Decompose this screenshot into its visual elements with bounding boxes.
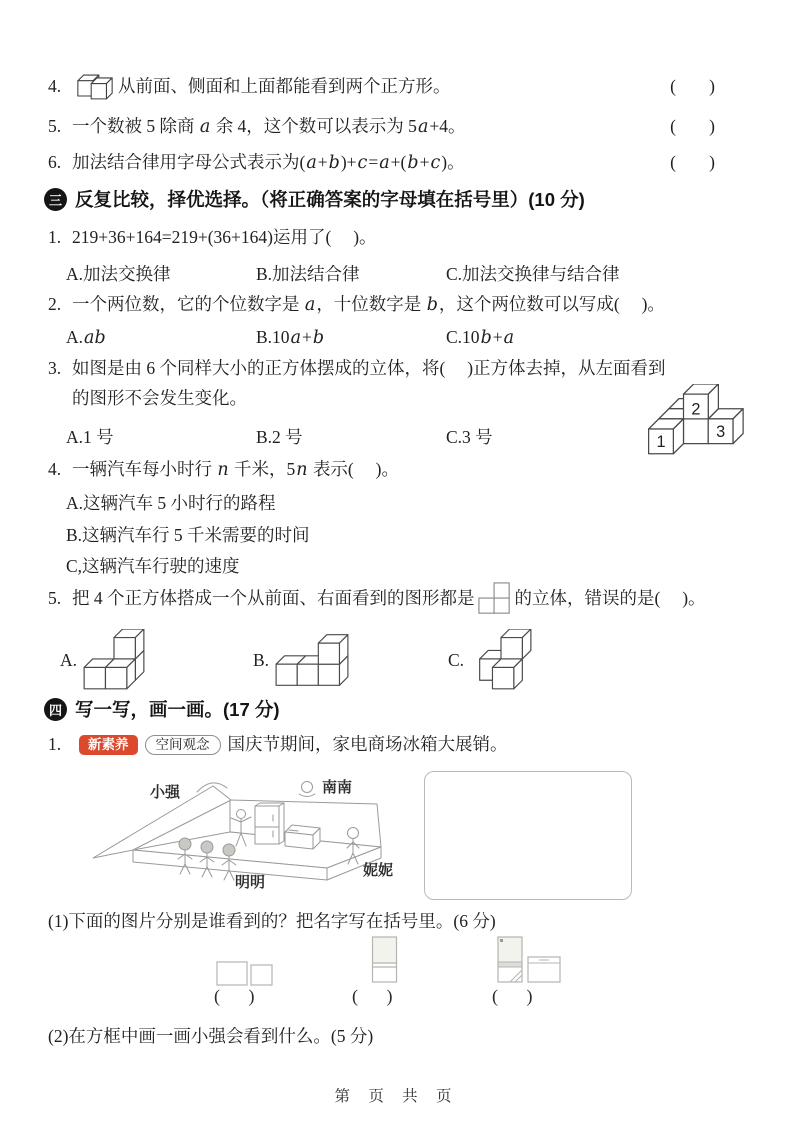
option-c: C,这辆汽车行驶的速度 [66,551,310,583]
question-text: (1)下面的图片分别是谁看到的？把名字写在括号里。(6 分) [48,911,496,933]
option-a: A.加法交换律 [66,261,256,286]
option-c: C.3 号 [446,424,626,449]
judge-item-6: 6. 加法结合律用字母公式表示为(a+b)+c=a+(b+c)。 ( ) [48,152,716,175]
answer-bracket: ( ) [670,152,716,174]
question-number: 5. [48,588,72,610]
page-footer: 第 页 共 页 [0,1084,793,1106]
section-three-header: 三 反复比较，择优选择。（将正确答案的字母填在括号里）(10 分) [44,186,585,212]
label-nannan: 南南 [322,778,352,796]
question-5: 5. 把 4 个正方体搭成一个从前面、右面看到的图形都是 的立体，错误的是( )… [48,582,716,616]
question-text: 一个两位数，它的个位数字是 a，十位数字是 b，这个两位数可以写成( )。 [72,294,665,317]
two-cubes-icon [75,72,115,101]
option-c: C. [448,629,720,691]
section-four-marker-icon: 四 [44,698,67,721]
section-three-marker-icon: 三 [44,188,67,211]
question-number: 2. [48,294,72,316]
draw-question-1: 1. 新素养 空间观念 国庆节期间，家电商场冰箱大展销。 [48,734,716,756]
answer-bracket: ( ) [352,986,394,1007]
cube-label-2: 2 [691,400,700,418]
answer-bracket: ( ) [670,76,716,98]
question-text: 219+36+164=219+(36+164)运用了( )。 [72,227,377,249]
option-a-cubes-figure [82,629,146,691]
sub-question-2: (2)在方框中画一画小强会看到什么。(5 分) [48,1026,716,1048]
option-a: A.1 号 [66,424,256,449]
option-a: A.ab [66,327,256,348]
question-text: 一辆汽车每小时行 n 千米，5n 表示( )。 [72,459,399,482]
option-b: B.加法结合律 [256,261,446,286]
item-number: 4. [48,76,72,98]
answer-bracket: ( ) [492,986,534,1007]
judge-item-5: 5. 一个数被 5 除商 a 余 4，这个数可以表示为 5a+4。 ( ) [48,116,716,139]
cube-label-3: 3 [716,423,725,441]
l-shape-figure [478,582,512,616]
cube-label-1: 1 [656,433,665,451]
question-number: 1. [48,227,72,249]
question-text-post: 的立体，错误的是( )。 [515,588,706,610]
question-3-options: A.1 号 B.2 号 C.3 号 [66,424,626,449]
option-b: B. [253,632,448,688]
question-text: (2)在方框中画一画小强会看到什么。(5 分) [48,1026,373,1048]
xinsuyang-badge: 新素养 [79,735,138,756]
section-title: 写一写，画一画。(17 分) [75,696,280,722]
option-a: A. [60,629,253,691]
spatial-concept-badge: 空间观念 [145,735,221,756]
option-letter: B. [253,650,269,671]
question-3: 3. 如图是由 6 个同样大小的正方体摆成的立体，将( )正方体去掉，从左面看到… [48,358,716,410]
label-xiaoqiang: 小强 [150,783,181,801]
option-c: C.10b+a [446,327,716,348]
question-text: 如图是由 6 个同样大小的正方体摆成的立体，将( )正方体去掉，从左面看到 的图… [72,358,666,410]
option-b: B.10a+b [256,327,446,348]
drawing-box [424,771,632,900]
question-number: 1. [48,734,72,756]
option-b: B.这辆汽车行 5 千米需要的时间 [66,520,310,552]
worksheet-page: 4. 从前面、侧面和上面都能看到两个正方形。 ( ) 5. 一个数被 5 除商 … [0,0,793,1122]
label-nini: 妮妮 [363,861,393,879]
question-number: 3. [48,358,72,380]
option-c-cubes-figure [469,629,533,691]
question-number: 4. [48,459,72,481]
section-four-header: 四 写一写，画一画。(17 分) [44,696,280,722]
item-text: 加法结合律用字母公式表示为(a+b)+c=a+(b+c)。 [72,152,465,175]
scene-illustration: 小强 南南 明明 妮妮 [85,770,420,910]
label-mingming: 明明 [235,874,265,891]
question-text: 国庆节期间，家电商场冰箱大展销。 [228,734,508,756]
fridge-and-freezer-figure [497,936,563,984]
item-number: 6. [48,152,72,174]
fridge-top-view-figure [216,960,274,988]
question-4-options: A.这辆汽车 5 小时行的路程 B.这辆汽车行 5 千米需要的时间 C,这辆汽车… [66,488,310,583]
option-c: C.加法交换律与结合律 [446,261,716,286]
question-1: 1. 219+36+164=219+(36+164)运用了( )。 [48,227,716,249]
item-text: 从前面、侧面和上面都能看到两个正方形。 [118,76,451,98]
answer-bracket: ( ) [214,986,256,1007]
sub-question-1: (1)下面的图片分别是谁看到的？把名字写在括号里。(6 分) [48,911,716,933]
question-1-options: A.加法交换律 B.加法结合律 C.加法交换律与结合律 [66,261,716,286]
option-b-cubes-figure [274,632,350,688]
option-b: B.2 号 [256,424,446,449]
judge-item-4: 4. 从前面、侧面和上面都能看到两个正方形。 ( ) [48,72,716,101]
option-letter: C. [448,650,464,671]
question-2-options: A.ab B.10a+b C.10b+a [66,327,716,348]
item-text: 一个数被 5 除商 a 余 4，这个数可以表示为 5a+4。 [72,116,466,139]
item-number: 5. [48,116,72,138]
option-letter: A. [60,650,77,671]
question-4: 4. 一辆汽车每小时行 n 千米，5n 表示( )。 [48,459,716,482]
section-title: 反复比较，择优选择。（将正确答案的字母填在括号里）(10 分) [75,186,585,212]
fridge-front-view-figure [371,936,399,984]
question-text-pre: 把 4 个正方体搭成一个从前面、右面看到的图形都是 [72,588,475,610]
question-5-options: A. B. C. [60,624,720,696]
cube-stack-figure: 2 3 1 [646,384,748,456]
question-2: 2. 一个两位数，它的个位数字是 a，十位数字是 b，这个两位数可以写成( )。 [48,294,716,317]
option-a: A.这辆汽车 5 小时行的路程 [66,488,310,520]
answer-bracket: ( ) [670,116,716,138]
